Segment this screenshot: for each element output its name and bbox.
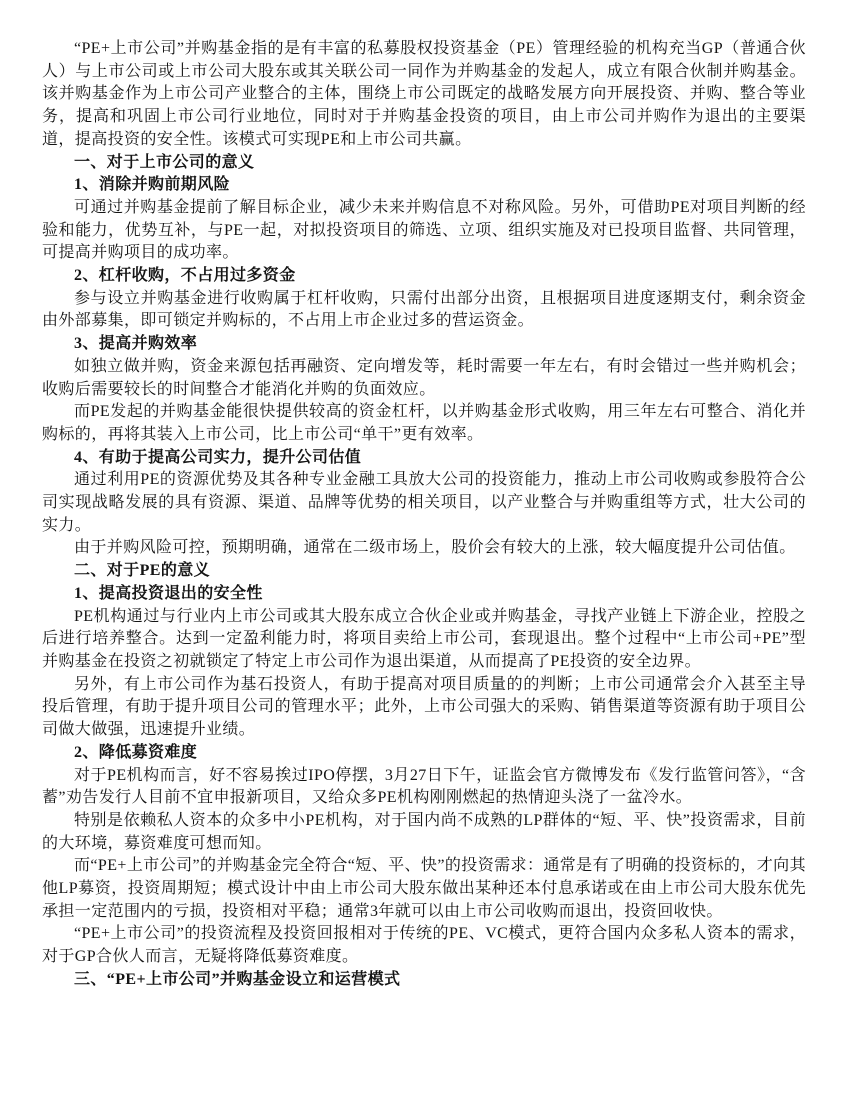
section-heading: 1、提高投资退出的安全性	[42, 583, 806, 606]
paragraph: 如独立做并购，资金来源包括再融资、定向增发等，耗时需要一年左右，有时会错过一些并…	[42, 356, 806, 401]
section-heading: 2、杠杆收购，不占用过多资金	[42, 265, 806, 288]
section-heading: 4、有助于提高公司实力，提升公司估值	[42, 447, 806, 470]
paragraph: 参与设立并购基金进行收购属于杠杆收购，只需付出部分出资，且根据项目进度逐期支付，…	[42, 288, 806, 333]
document-page: “PE+上市公司”并购基金指的是有丰富的私募股权投资基金（PE）管理经验的机构充…	[0, 0, 850, 1100]
paragraph: 另外，有上市公司作为基石投资人，有助于提高对项目质量的的判断；上市公司通常会介入…	[42, 674, 806, 742]
paragraph: 通过利用PE的资源优势及其各种专业金融工具放大公司的投资能力，推动上市公司收购或…	[42, 469, 806, 537]
paragraph: 由于并购风险可控，预期明确，通常在二级市场上，股价会有较大的上涨，较大幅度提升公…	[42, 537, 806, 560]
paragraph: 特别是依赖私人资本的众多中小PE机构，对于国内尚不成熟的LP群体的“短、平、快”…	[42, 810, 806, 855]
paragraph: 对于PE机构而言，好不容易挨过IPO停摆，3月27日下午，证监会官方微博发布《发…	[42, 765, 806, 810]
section-heading: 一、对于上市公司的意义	[42, 152, 806, 175]
section-heading: 1、消除并购前期风险	[42, 174, 806, 197]
section-heading: 2、降低募资难度	[42, 742, 806, 765]
paragraph: 而“PE+上市公司”的并购基金完全符合“短、平、快”的投资需求：通常是有了明确的…	[42, 855, 806, 923]
section-heading: 3、提高并购效率	[42, 333, 806, 356]
paragraph: PE机构通过与行业内上市公司或其大股东成立合伙企业或并购基金，寻找产业链上下游企…	[42, 606, 806, 674]
document-body: “PE+上市公司”并购基金指的是有丰富的私募股权投资基金（PE）管理经验的机构充…	[42, 38, 806, 992]
paragraph: “PE+上市公司”并购基金指的是有丰富的私募股权投资基金（PE）管理经验的机构充…	[42, 38, 806, 152]
paragraph: 而PE发起的并购基金能很快提供较高的资金杠杆，以并购基金形式收购，用三年左右可整…	[42, 401, 806, 446]
section-heading: 二、对于PE的意义	[42, 560, 806, 583]
paragraph: “PE+上市公司”的投资流程及投资回报相对于传统的PE、VC模式，更符合国内众多…	[42, 923, 806, 968]
paragraph: 可通过并购基金提前了解目标企业，减少未来并购信息不对称风险。另外，可借助PE对项…	[42, 197, 806, 265]
section-heading: 三、“PE+上市公司”并购基金设立和运营模式	[42, 969, 806, 992]
